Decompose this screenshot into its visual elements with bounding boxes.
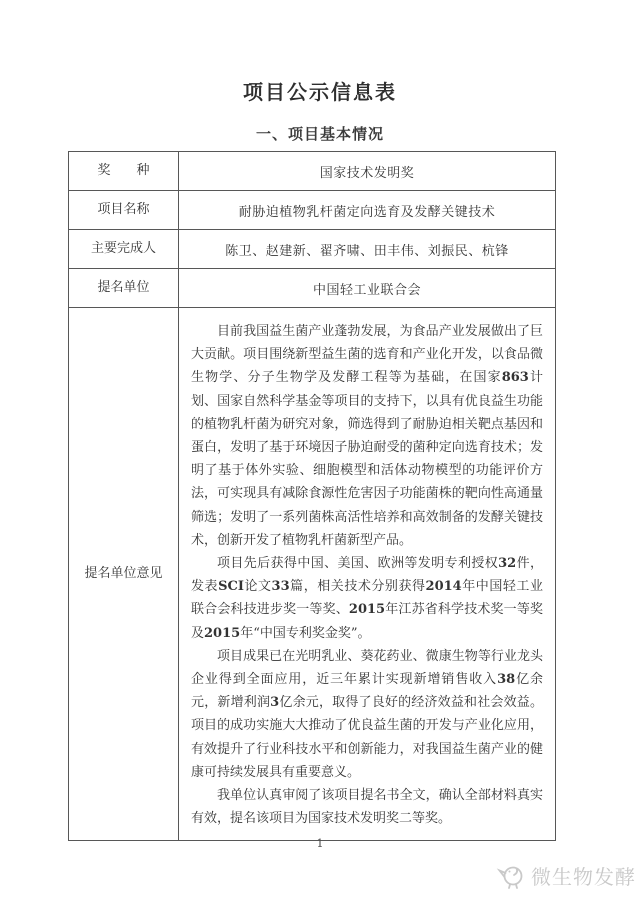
page-number: 1 — [0, 837, 640, 850]
section-heading: 一、项目基本情况 — [0, 123, 640, 144]
row-value-nominating-unit: 中国轻工业联合会 — [179, 269, 556, 308]
opinion-paragraph: 项目成果已在光明乳业、葵花药业、微康生物等行业龙头企业得到全面应用，近三年累计实… — [191, 645, 543, 784]
table-row-main-contributors: 主要完成人 陈卫、赵建新、翟齐啸、田丰伟、刘振民、杭锋 — [69, 230, 556, 269]
watermark: 微生物发酵 — [496, 861, 636, 890]
table-row-award-type: 奖 种 国家技术发明奖 — [69, 152, 556, 191]
table-row-nominating-unit: 提名单位 中国轻工业联合会 — [69, 269, 556, 308]
bird-logo-icon — [496, 862, 526, 889]
opinion-paragraph: 我单位认真审阅了该项目提名书全文，确认全部材料真实有效，提名该项目为国家技术发明… — [191, 784, 543, 830]
row-label-opinion: 提名单位意见 — [69, 308, 179, 841]
opinion-text-cell: 目前我国益生菌产业蓬勃发展，为食品产业发展做出了巨大贡献。项目围绕新型益生菌的选… — [179, 308, 556, 841]
table-row-project-name: 项目名称 耐胁迫植物乳杆菌定向选育及发酵关键技术 — [69, 191, 556, 230]
opinion-paragraph: 项目先后获得中国、美国、欧洲等发明专利授权32件，发表SCI论文33篇，相关技术… — [191, 552, 543, 645]
row-label-award-type: 奖 种 — [69, 152, 179, 191]
row-value-award-type: 国家技术发明奖 — [179, 152, 556, 191]
opinion-paragraph: 目前我国益生菌产业蓬勃发展，为食品产业发展做出了巨大贡献。项目围绕新型益生菌的选… — [191, 320, 543, 552]
watermark-text: 微生物发酵 — [531, 861, 636, 890]
page-title: 项目公示信息表 — [0, 76, 640, 105]
row-label-main-contributors: 主要完成人 — [69, 230, 179, 269]
table-row-opinion: 提名单位意见 目前我国益生菌产业蓬勃发展，为食品产业发展做出了巨大贡献。项目围绕… — [69, 308, 556, 841]
project-info-table: 奖 种 国家技术发明奖 项目名称 耐胁迫植物乳杆菌定向选育及发酵关键技术 主要完… — [68, 151, 556, 841]
row-value-main-contributors: 陈卫、赵建新、翟齐啸、田丰伟、刘振民、杭锋 — [179, 230, 556, 269]
row-label-project-name: 项目名称 — [69, 191, 179, 230]
row-value-project-name: 耐胁迫植物乳杆菌定向选育及发酵关键技术 — [179, 191, 556, 230]
row-label-nominating-unit: 提名单位 — [69, 269, 179, 308]
